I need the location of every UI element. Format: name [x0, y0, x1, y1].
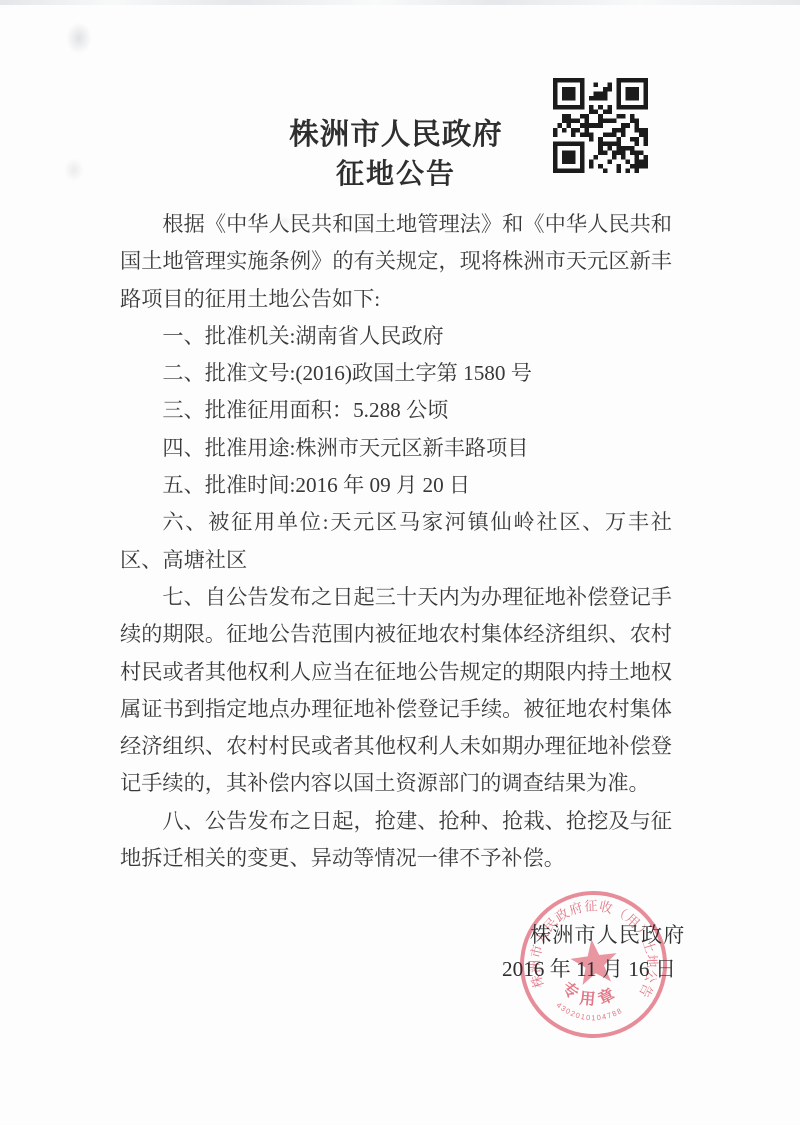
scan-smudge — [66, 22, 92, 54]
item-7-registration-terms: 七、自公告发布之日起三十天内为办理征地补偿登记手续的期限。征地公告范围内被征地农… — [120, 579, 672, 803]
item-8-no-compensation-clause: 八、公告发布之日起，抢建、抢种、抢栽、抢挖及与征地拆迁相关的变更、异动等情况一律… — [120, 803, 672, 878]
scanned-document-page: 株洲市人民政府 征地公告 根据《中华人民共和国土地管理法》和《中华人民共和国土地… — [0, 0, 800, 1125]
document-title: 株洲市人民政府 — [0, 116, 792, 155]
item-6-expropriated-units: 六、被征用单位:天元区马家河镇仙岭社区、万丰社区、高塘社区 — [120, 504, 672, 579]
item-4-approved-use: 四、批准用途:株洲市天元区新丰路项目 — [120, 430, 672, 467]
document-header: 株洲市人民政府 征地公告 — [0, 116, 792, 194]
scan-edge-artifact — [0, 0, 800, 5]
item-3-approved-area: 三、批准征用面积：5.288 公顷 — [120, 392, 672, 429]
intro-paragraph: 根据《中华人民共和国土地管理法》和《中华人民共和国土地管理实施条例》的有关规定，… — [120, 206, 672, 318]
document-subtitle: 征地公告 — [0, 155, 792, 194]
item-1-approving-authority: 一、批准机关:湖南省人民政府 — [120, 318, 672, 355]
document-body: 根据《中华人民共和国土地管理法》和《中华人民共和国土地管理实施条例》的有关规定，… — [120, 206, 672, 877]
item-5-approval-date: 五、批准时间:2016 年 09 月 20 日 — [120, 467, 672, 504]
signature-name: 株洲市人民政府 — [530, 920, 685, 950]
signature-date: 2016 年 11 月 16 日 — [502, 954, 676, 984]
item-2-approval-number: 二、批准文号:(2016)政国土字第 1580 号 — [120, 355, 672, 392]
